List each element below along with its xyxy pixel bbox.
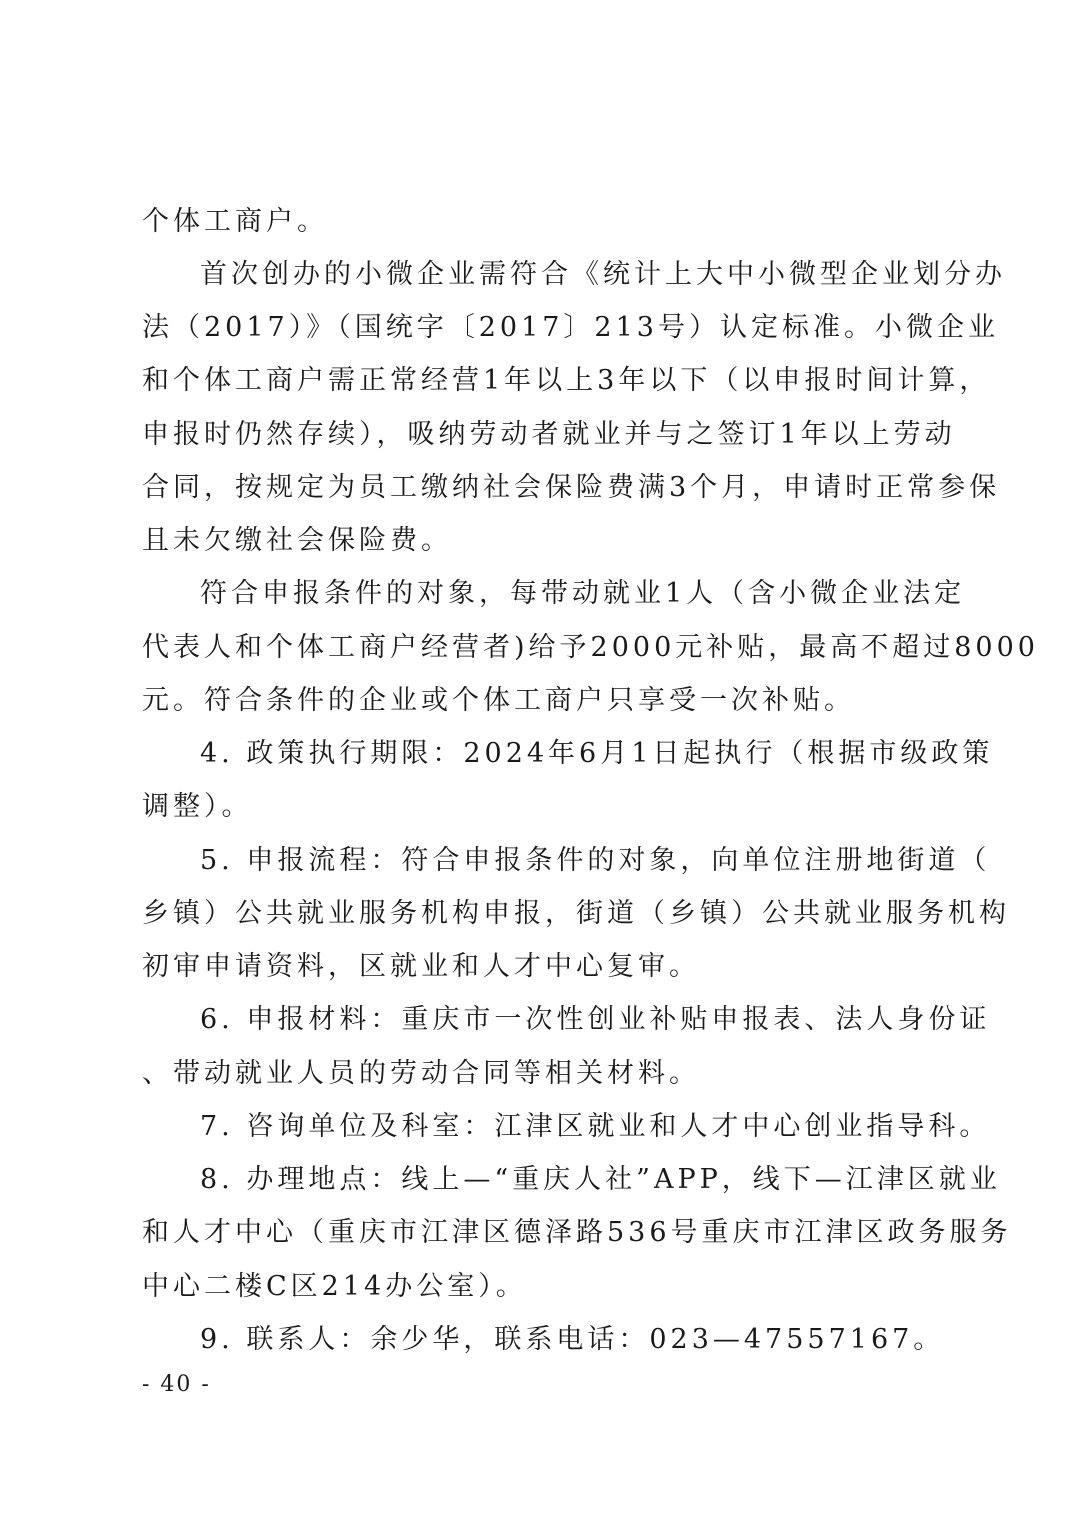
paragraph-start: 符合申报条件的对象，每带动就业1人（含小微企业法定 [200, 577, 1000, 611]
text-line: 调整）。 [142, 790, 942, 824]
paragraph-start: 首次创办的小微企业需符合《统计上大中小微型企业划分办 [200, 258, 1000, 292]
section-item-9: 9. 联系人：余少华，联系电话：023—47557167。 [200, 1323, 1000, 1357]
text-line: 法（2017）》（国统字〔2017〕213号）认定标准。小微企业 [142, 311, 942, 345]
text-line: 合同，按规定为员工缴纳社会保险费满3个月，申请时正常参保 [142, 471, 942, 505]
text-line: 且未欠缴社会保险费。 [142, 524, 942, 558]
page-number: - 40 - [142, 1372, 211, 1397]
text-line: 申报时仍然存续），吸纳劳动者就业并与之签订1年以上劳动 [142, 418, 942, 452]
section-item-6: 6. 申报材料：重庆市一次性创业补贴申报表、法人身份证 [200, 1003, 1000, 1037]
text-line: 元。符合条件的企业或个体工商户只享受一次补贴。 [142, 684, 942, 718]
section-item-7: 7. 咨询单位及科室：江津区就业和人才中心创业指导科。 [200, 1110, 1000, 1144]
document-page: 个体工商户。 首次创办的小微企业需符合《统计上大中小微型企业划分办 法（2017… [0, 0, 1074, 1520]
text-line: 中心二楼C区214办公室）。 [142, 1270, 942, 1304]
section-item-8: 8. 办理地点：线上—“重庆人社”APP，线下—江津区就业 [200, 1163, 1000, 1197]
text-line: 个体工商户。 [142, 205, 942, 239]
text-line: 、带动就业人员的劳动合同等相关材料。 [142, 1057, 942, 1091]
section-item-4: 4. 政策执行期限：2024年6月1日起执行（根据市级政策 [200, 737, 1000, 771]
text-line: 代表人和个体工商户经营者)给予2000元补贴，最高不超过8000 [142, 631, 942, 665]
text-line: 和个体工商户需正常经营1年以上3年以下（以申报时间计算， [142, 364, 942, 398]
text-line: 初审申请资料，区就业和人才中心复审。 [142, 950, 942, 984]
section-item-5: 5. 申报流程：符合申报条件的对象，向单位注册地街道（ [200, 844, 1000, 878]
text-line: 和人才中心（重庆市江津区德泽路536号重庆市江津区政务服务 [142, 1216, 942, 1250]
text-line: 乡镇）公共就业服务机构申报，街道（乡镇）公共就业服务机构 [142, 897, 942, 931]
